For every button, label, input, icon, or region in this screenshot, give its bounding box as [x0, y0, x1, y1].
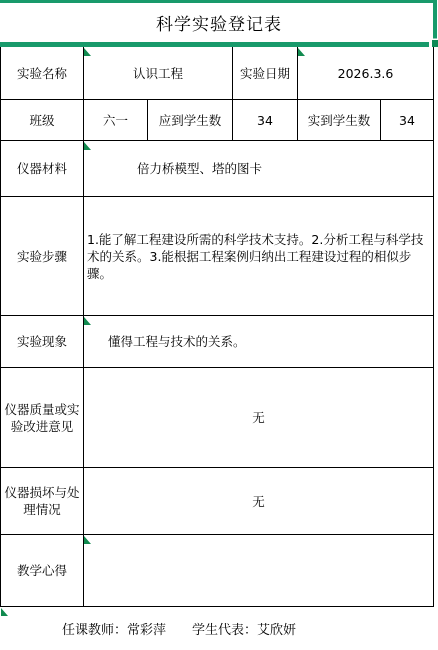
signature-row: 任课教师：常彩萍 学生代表：艾欣妍	[0, 607, 438, 650]
footer-student-text: 学生代表：艾欣妍	[192, 619, 296, 638]
title-cell[interactable]: 科学实验登记表	[0, 3, 438, 41]
cell-class-value[interactable]: 六一	[84, 100, 148, 140]
cell-materials-value[interactable]: 倍力桥模型、塔的图卡	[84, 141, 433, 196]
cell-experiment-date-label[interactable]: 实验日期	[233, 47, 298, 99]
table-row: 实验步骤 1.能了解工程建设所需的科学技术支持。2.分析工程与科学技术的关系。3…	[1, 197, 433, 316]
cell-equipment-damage-label[interactable]: 仪器损坏与处理情况	[1, 468, 84, 534]
experiment-form-table: 实验名称 认识工程 实验日期 2026.3.6 班级 六一 应到学生数 34 实…	[0, 47, 434, 607]
cell-equipment-quality-value[interactable]: 无	[84, 368, 433, 467]
table-row: 实验名称 认识工程 实验日期 2026.3.6	[1, 47, 433, 100]
cell-teaching-notes-value[interactable]	[84, 535, 433, 606]
cell-actual-students-label[interactable]: 实到学生数	[298, 100, 381, 140]
cell-expected-students-value[interactable]: 34	[233, 100, 298, 140]
table-row: 教学心得	[1, 535, 433, 607]
cell-phenomenon-label[interactable]: 实验现象	[1, 316, 84, 367]
cell-materials-label[interactable]: 仪器材料	[1, 141, 84, 196]
cell-steps-label[interactable]: 实验步骤	[1, 197, 84, 315]
selection-border-top-icon	[0, 0, 437, 3]
footer-teacher-text: 任课教师：常彩萍	[62, 619, 166, 638]
cell-equipment-quality-label[interactable]: 仪器质量或实验改进意见	[1, 368, 84, 467]
spreadsheet-page: 科学实验登记表 实验名称 认识工程 实验日期 2026.3.6 班级 六一 应到…	[0, 0, 438, 650]
cell-class-label[interactable]: 班级	[1, 100, 84, 140]
cell-teaching-notes-label[interactable]: 教学心得	[1, 535, 84, 606]
cell-equipment-damage-value[interactable]: 无	[84, 468, 433, 534]
table-row: 仪器质量或实验改进意见 无	[1, 368, 433, 468]
cell-experiment-date-value[interactable]: 2026.3.6	[298, 47, 433, 99]
cell-steps-value[interactable]: 1.能了解工程建设所需的科学技术支持。2.分析工程与科学技术的关系。3.能根据工…	[84, 197, 433, 315]
cell-expected-students-label[interactable]: 应到学生数	[148, 100, 233, 140]
selection-border-bottom-icon	[0, 42, 429, 47]
fill-handle[interactable]	[432, 40, 438, 47]
cell-phenomenon-value[interactable]: 懂得工程与技术的关系。	[84, 316, 433, 367]
table-row: 仪器损坏与处理情况 无	[1, 468, 433, 535]
table-row: 实验现象 懂得工程与技术的关系。	[1, 316, 433, 368]
cell-actual-students-value[interactable]: 34	[381, 100, 433, 140]
cell-experiment-name-label[interactable]: 实验名称	[1, 47, 84, 99]
table-row: 班级 六一 应到学生数 34 实到学生数 34	[1, 100, 433, 141]
cell-experiment-name-value[interactable]: 认识工程	[84, 47, 233, 99]
selection-border-right-icon	[433, 0, 437, 39]
table-row: 仪器材料 倍力桥模型、塔的图卡	[1, 141, 433, 197]
